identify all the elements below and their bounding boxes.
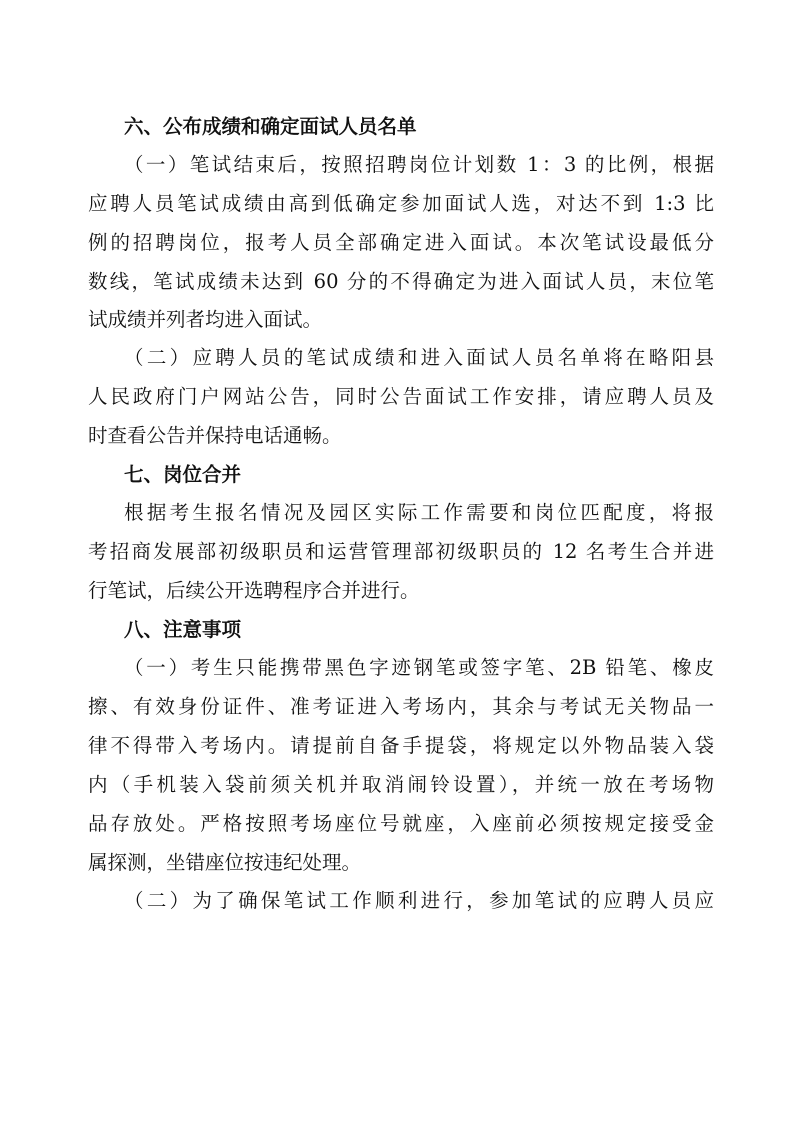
section-heading-7: 七、岗位合并 [124, 460, 241, 490]
paragraph-line: 试成绩并列者均进入面试。 [88, 305, 714, 335]
section-heading-6: 六、公布成绩和确定面试人员名单 [124, 112, 417, 142]
paragraph-line: 属探测，坐错座位按违纪处理。 [88, 848, 714, 878]
paragraph-line: 数线，笔试成绩未达到 60 分的不得确定为进入面试人员，末位笔 [88, 267, 714, 297]
paragraph-line: 内（手机装入袋前须关机并取消闹铃设置），并统一放在考场物 [88, 770, 714, 800]
paragraph-line: 人民政府门户网站公告，同时公告面试工作安排，请应聘人员及 [88, 382, 714, 412]
paragraph-line: 考招商发展部初级职员和运营管理部初级职员的 12 名考生合并进 [88, 537, 714, 567]
paragraph-line: （二）应聘人员的笔试成绩和进入面试人员名单将在略阳县 [124, 343, 714, 373]
paragraph-line: （一）考生只能携带黑色字迹钢笔或签字笔、2B 铅笔、橡皮 [124, 653, 714, 683]
paragraph-line: 应聘人员笔试成绩由高到低确定参加面试人选，对达不到 1:3 比 [88, 189, 714, 219]
paragraph-line: 律不得带入考场内。请提前自备手提袋，将规定以外物品装入袋 [88, 731, 714, 761]
paragraph-line: 品存放处。严格按照考场座位号就座，入座前必须按规定接受金 [88, 809, 714, 839]
document-page: 六、公布成绩和确定面试人员名单 （一）笔试结束后，按照招聘岗位计划数 1：3 的… [0, 0, 793, 1122]
section-heading-8: 八、注意事项 [124, 615, 241, 645]
paragraph-line: 时查看公告并保持电话通畅。 [88, 421, 714, 451]
paragraph-line: 行笔试，后续公开选聘程序合并进行。 [88, 576, 714, 606]
paragraph-line: （二）为了确保笔试工作顺利进行，参加笔试的应聘人员应 [124, 886, 714, 916]
paragraph-line: （一）笔试结束后，按照招聘岗位计划数 1：3 的比例，根据 [124, 150, 714, 180]
paragraph-line: 根据考生报名情况及园区实际工作需要和岗位匹配度，将报 [124, 498, 714, 528]
paragraph-line: 例的招聘岗位，报考人员全部确定进入面试。本次笔试设最低分 [88, 228, 714, 258]
paragraph-line: 擦、有效身份证件、准考证进入考场内，其余与考试无关物品一 [88, 692, 714, 722]
